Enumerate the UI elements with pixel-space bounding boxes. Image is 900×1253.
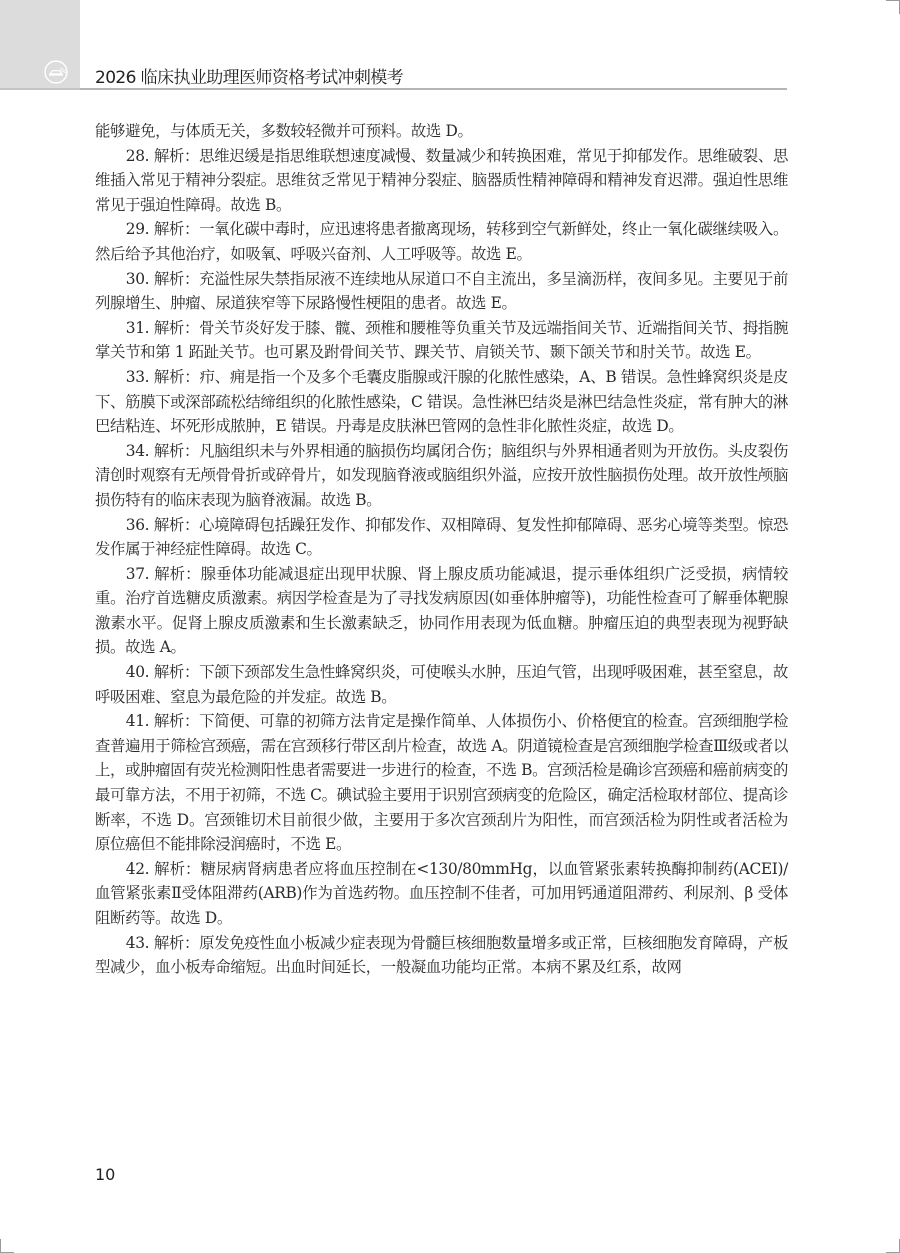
explanation-28: 28. 解析：思维迟缓是指思维联想速度减慢、数量减少和转换困难，常见于抑郁发作。… bbox=[95, 144, 788, 218]
answer-explanations: 能够避免，与体质无关，多数较轻微并可预料。故选 D。 28. 解析：思维迟缓是指… bbox=[95, 119, 788, 980]
paragraph-continued: 能够避免，与体质无关，多数较轻微并可预料。故选 D。 bbox=[95, 119, 788, 144]
explanation-34: 34. 解析：凡脑组织未与外界相通的脑损伤均属闭合伤；脑组织与外界相通者则为开放… bbox=[95, 439, 788, 513]
book-logo-icon bbox=[43, 59, 69, 85]
explanation-37: 37. 解析：腺垂体功能减退症出现甲状腺、肾上腺皮质功能减退，提示垂体组织广泛受… bbox=[95, 562, 788, 660]
explanation-33: 33. 解析：疖、痈是指一个及多个毛囊皮脂腺或汗腺的化脓性感染，A、B 错误。急… bbox=[95, 365, 788, 439]
explanation-31: 31. 解析：骨关节炎好发于膝、髋、颈椎和腰椎等负重关节及远端指间关节、近端指间… bbox=[95, 316, 788, 365]
header-side-tab-rule bbox=[0, 88, 80, 90]
explanation-40: 40. 解析：下颌下颈部发生急性蜂窝织炎，可使喉头水肿，压迫气管，出现呼吸困难，… bbox=[95, 660, 788, 709]
explanation-42: 42. 解析：糖尿病肾病患者应将血压控制在<130/80mmHg，以血管紧张素转… bbox=[95, 857, 788, 931]
header-rule bbox=[80, 88, 787, 90]
running-header-title: 2026 临床执业助理医师资格考试冲刺模考 bbox=[95, 63, 403, 88]
crop-mark-top-right-h bbox=[886, 0, 900, 1]
explanation-36: 36. 解析：心境障碍包括躁狂发作、抑郁发作、双相障碍、复发性抑郁障碍、恶劣心境… bbox=[95, 513, 788, 562]
explanation-41: 41. 解析：下简便、可靠的初筛方法肯定是操作简单、人体损伤小、价格便宜的检查。… bbox=[95, 709, 788, 857]
page-number: 10 bbox=[95, 1165, 115, 1184]
explanation-30: 30. 解析：充溢性尿失禁指尿液不连续地从尿道口不自主流出，多呈滴沥样，夜间多见… bbox=[95, 267, 788, 316]
explanation-43: 43. 解析：原发免疫性血小板减少症表现为骨髓巨核细胞数量增多或正常，巨核细胞发… bbox=[95, 931, 788, 980]
explanation-29: 29. 解析：一氧化碳中毒时，应迅速将患者撤离现场，转移到空气新鲜处，终止一氧化… bbox=[95, 217, 788, 266]
crop-mark-bottom-left-v bbox=[0, 1239, 1, 1253]
